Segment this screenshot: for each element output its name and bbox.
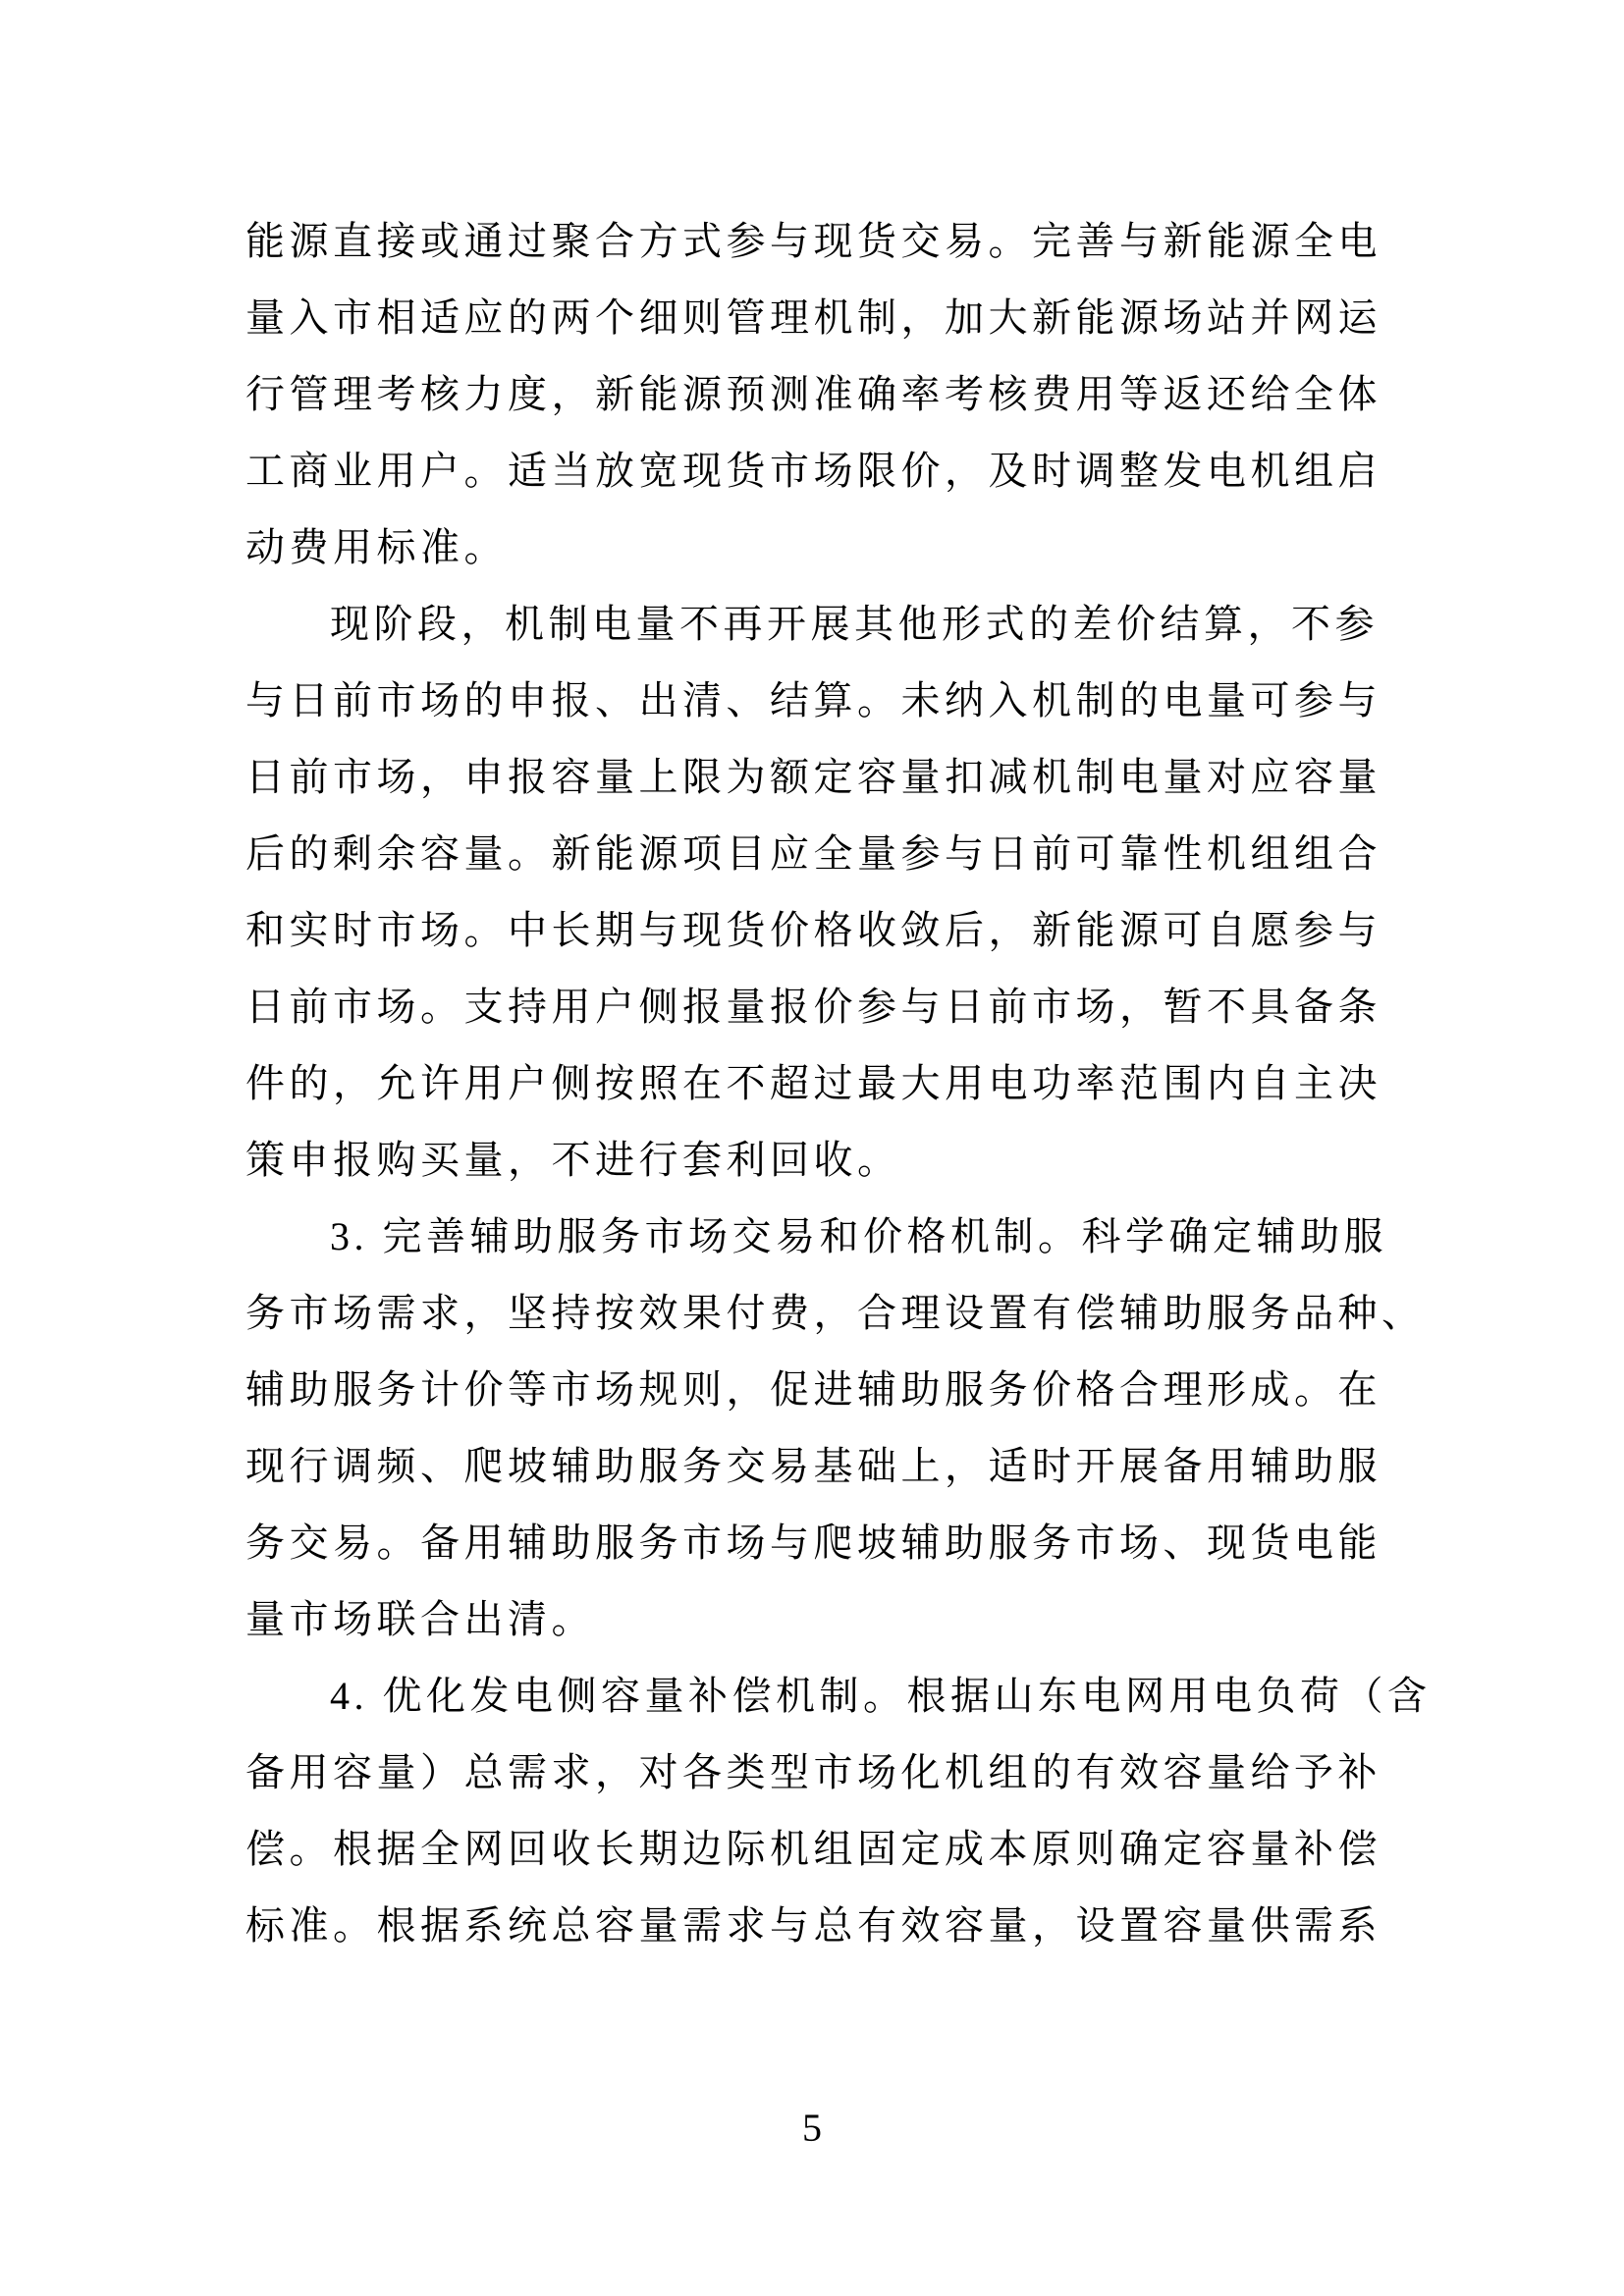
text-line: 4. 优化发电侧容量补偿机制。根据山东电网用电负荷（含 [245,1658,1394,1735]
text-line: 量入市相适应的两个细则管理机制，加大新能源场站并网运 [245,280,1394,356]
text-line: 件的，允许用户侧按照在不超过最大用电功率范围内自主决 [245,1045,1394,1122]
text-line: 3. 完善辅助服务市场交易和价格机制。科学确定辅助服 [245,1199,1394,1275]
text-line: 策申报购买量，不进行套利回收。 [245,1122,1394,1199]
text-line: 务市场需求，坚持按效果付费，合理设置有偿辅助服务品种、 [245,1275,1394,1352]
text-line: 现阶段，机制电量不再开展其他形式的差价结算，不参 [245,586,1394,663]
text-line: 偿。根据全网回收长期边际机组固定成本原则确定容量补偿 [245,1811,1394,1888]
text-line: 和实时市场。中长期与现货价格收敛后，新能源可自愿参与 [245,892,1394,969]
text-line: 务交易。备用辅助服务市场与爬坡辅助服务市场、现货电能 [245,1505,1394,1581]
text-line: 备用容量）总需求，对各类型市场化机组的有效容量给予补 [245,1735,1394,1811]
text-line: 现行调频、爬坡辅助服务交易基础上，适时开展备用辅助服 [245,1428,1394,1505]
text-line: 动费用标准。 [245,509,1394,586]
text-line: 行管理考核力度，新能源预测准确率考核费用等返还给全体 [245,356,1394,433]
text-line: 日前市场。支持用户侧报量报价参与日前市场，暂不具备条 [245,969,1394,1045]
text-line: 工商业用户。适当放宽现货市场限价，及时调整发电机组启 [245,433,1394,509]
text-line: 与日前市场的申报、出清、结算。未纳入机制的电量可参与 [245,663,1394,739]
document-page: 能源直接或通过聚合方式参与现货交易。完善与新能源全电量入市相适应的两个细则管理机… [0,0,1624,2296]
document-body: 能源直接或通过聚合方式参与现货交易。完善与新能源全电量入市相适应的两个细则管理机… [245,203,1394,1964]
page-number: 5 [0,2107,1624,2150]
text-line: 标准。根据系统总容量需求与总有效容量，设置容量供需系 [245,1888,1394,1964]
text-line: 后的剩余容量。新能源项目应全量参与日前可靠性机组组合 [245,816,1394,892]
text-line: 日前市场，申报容量上限为额定容量扣减机制电量对应容量 [245,739,1394,816]
text-line: 能源直接或通过聚合方式参与现货交易。完善与新能源全电 [245,203,1394,280]
text-line: 辅助服务计价等市场规则，促进辅助服务价格合理形成。在 [245,1352,1394,1428]
text-line: 量市场联合出清。 [245,1581,1394,1658]
